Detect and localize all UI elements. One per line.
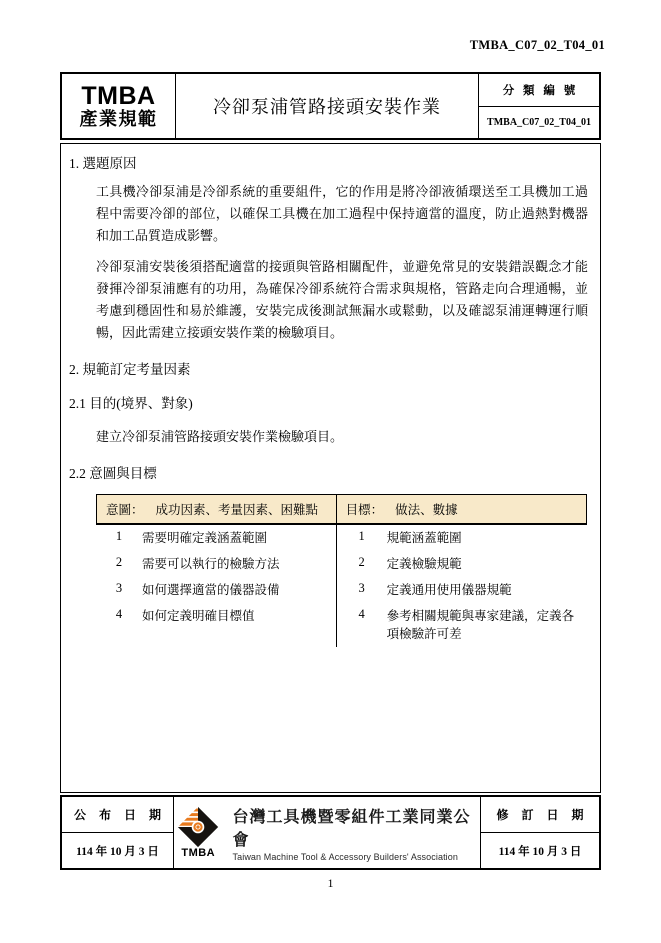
document-sheet: TMBA 產業規範 冷卻泵浦管路接頭安裝作業 分 類 編 號 TMBA_C07_… [60, 72, 601, 891]
target-cell: 定義通用使用儀器規範 [387, 581, 587, 599]
row-number: 2 [96, 555, 142, 573]
document-page: TMBA_C07_02_T04_01 TMBA 產業規範 冷卻泵浦管路接頭安裝作… [0, 0, 661, 943]
section-2-heading: 2. 規範訂定考量因素 [69, 358, 590, 378]
target-header-label: 目標： [346, 500, 384, 518]
tmba-logo-text: TMBA [181, 847, 215, 859]
intent-target-table-rows: 1 需要明確定義涵蓋範圍 1 規範涵蓋範圍 2 需要可以執行的檢驗方法 [96, 525, 587, 647]
section-2-1-text: 建立冷卻泵浦管路接頭安裝作業檢驗項目。 [96, 426, 588, 448]
section-1-heading: 1. 選題原因 [69, 152, 590, 172]
target-header-text: 做法、數據 [395, 500, 458, 518]
revise-date-cell: 修 訂 日 期 114 年 10 月 3 日 [480, 797, 599, 868]
intent-cell: 如何定義明確目標值 [142, 607, 336, 643]
tmba-logo: TMBA [174, 806, 223, 859]
row-number: 3 [96, 581, 142, 599]
target-cell: 參考相關規範與專家建議，定義各項檢驗許可差 [387, 607, 587, 643]
header-table: TMBA 產業規範 冷卻泵浦管路接頭安裝作業 分 類 編 號 TMBA_C07_… [60, 72, 601, 140]
org-logo-cell: TMBA 產業規範 [62, 74, 176, 138]
publish-date-cell: 公 布 日 期 114 年 10 月 3 日 [62, 797, 174, 868]
intent-cell: 需要可以執行的檢驗方法 [142, 555, 336, 573]
row-number: 1 [96, 529, 142, 547]
footer-table: 公 布 日 期 114 年 10 月 3 日 [60, 795, 601, 870]
document-title: 冷卻泵浦管路接頭安裝作業 [176, 74, 478, 138]
doc-code: TMBA_C07_02_T04_01 [470, 38, 605, 53]
table-row: 2 需要可以執行的檢驗方法 2 定義檢驗規範 [96, 551, 587, 577]
target-cell: 規範涵蓋範圍 [387, 529, 587, 547]
intent-target-table-header: 意圖： 成功因素、考量因素、困難點 目標： 做法、數據 [96, 494, 587, 525]
row-number: 4 [96, 607, 142, 643]
intent-target-table: 意圖： 成功因素、考量因素、困難點 目標： 做法、數據 1 需要明確定義涵蓋範圍 [96, 494, 587, 647]
section-2-1-heading: 2.1 目的(境界、對象) [69, 392, 590, 412]
classification-cell: 分 類 編 號 TMBA_C07_02_T04_01 [478, 74, 599, 138]
table-row: 1 需要明確定義涵蓋範圍 1 規範涵蓋範圍 [96, 525, 587, 551]
section-1-paragraph-1: 工具機冷卻泵浦是冷卻系統的重要組件，它的作用是將冷卻液循環送至工具機加工過程中需… [96, 181, 588, 247]
intent-header-label: 意圖： [106, 500, 144, 518]
page-number: 1 [60, 876, 601, 891]
row-number: 2 [337, 555, 387, 573]
intent-cell: 如何選擇適當的儀器設備 [142, 581, 336, 599]
tmba-diamond-icon [177, 806, 219, 848]
table-row: 4 如何定義明確目標值 4 參考相關規範與專家建議，定義各項檢驗許可差 [96, 603, 587, 647]
row-number: 1 [337, 529, 387, 547]
intent-header-text: 成功因素、考量因素、困難點 [156, 500, 319, 518]
target-cell: 定義檢驗規範 [387, 555, 587, 573]
table-row: 3 如何選擇適當的儀器設備 3 定義通用使用儀器規範 [96, 577, 587, 603]
target-header-cell: 目標： 做法、數據 [336, 495, 586, 523]
document-body: 1. 選題原因 工具機冷卻泵浦是冷卻系統的重要組件，它的作用是將冷卻液循環送至工… [60, 143, 601, 793]
section-1-paragraph-2: 冷卻泵浦安裝後須搭配適當的接頭與管路相關配件，並避免常見的安裝錯誤觀念才能發揮冷… [96, 256, 588, 344]
row-number: 3 [337, 581, 387, 599]
publish-date-label: 公 布 日 期 [62, 797, 173, 833]
org-name: TMBA [81, 83, 155, 109]
intent-cell: 需要明確定義涵蓋範圍 [142, 529, 336, 547]
classification-code: TMBA_C07_02_T04_01 [479, 107, 599, 139]
intent-header-cell: 意圖： 成功因素、考量因素、困難點 [97, 495, 336, 523]
row-number: 4 [337, 607, 387, 643]
association-name-zh: 台灣工具機暨零組件工業同業公會 [233, 804, 480, 850]
revise-date-value: 114 年 10 月 3 日 [481, 833, 599, 868]
section-2-2-heading: 2.2 意圖與目標 [69, 462, 590, 482]
org-subtitle: 產業規範 [80, 110, 158, 129]
revise-date-label: 修 訂 日 期 [481, 797, 599, 833]
association-name-en: Taiwan Machine Tool & Accessory Builders… [233, 852, 480, 862]
association-cell: TMBA 台灣工具機暨零組件工業同業公會 Taiwan Machine Tool… [174, 797, 480, 868]
classification-label: 分 類 編 號 [479, 74, 599, 107]
publish-date-value: 114 年 10 月 3 日 [62, 833, 173, 868]
association-names: 台灣工具機暨零組件工業同業公會 Taiwan Machine Tool & Ac… [233, 804, 480, 862]
